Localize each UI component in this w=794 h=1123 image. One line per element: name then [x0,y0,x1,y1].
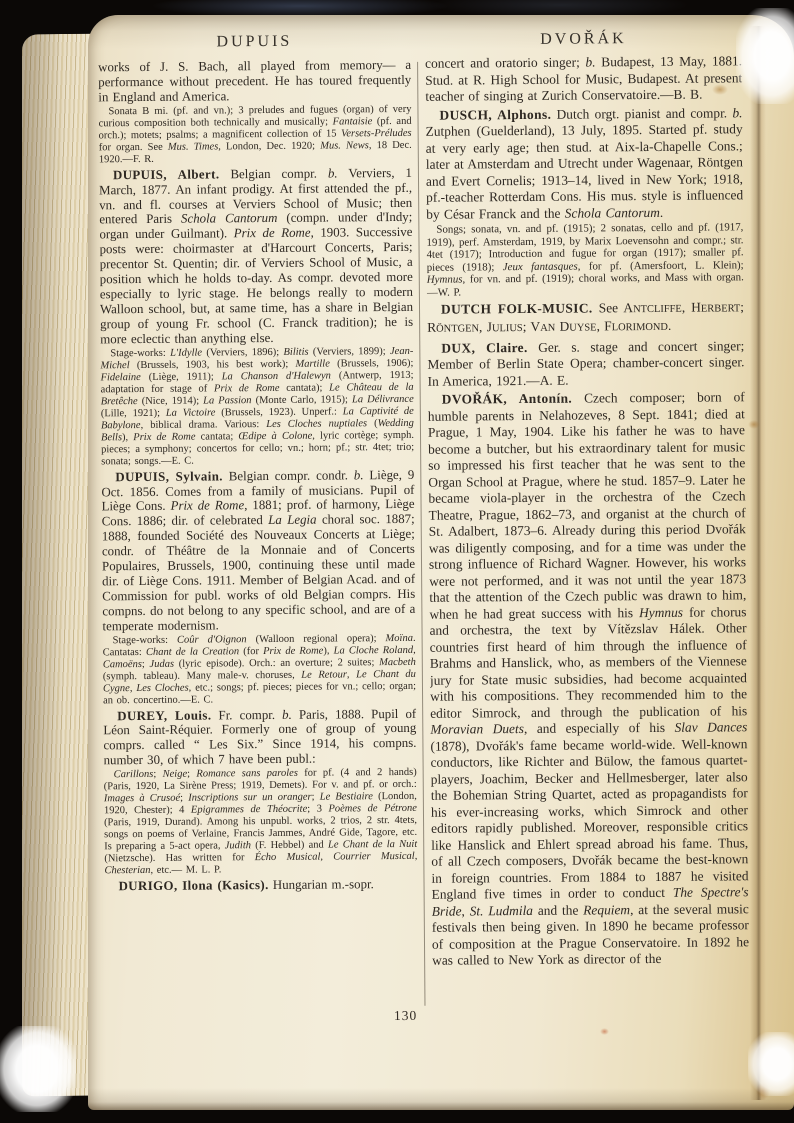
running-head-left: DUPUIS [98,32,411,52]
photo-of-book-page: DUPUIS DVOŘÁK works of J. S. Bach, all p… [0,0,794,1123]
right-column: concert and oratorio singer; b. Budapest… [425,53,749,1005]
printed-content: DUPUIS DVOŘÁK works of J. S. Bach, all p… [0,0,794,1123]
glare-highlight [736,8,794,104]
text-block: DUSCH, Alphons. Dutch orgt. pianist and … [425,105,743,223]
text-block: works of J. S. Bach, all played from mem… [98,58,411,105]
text-block: Songs; sonata, vn. and pf. (1915); 2 son… [426,221,744,299]
left-column: works of J. S. Bach, all played from mem… [98,58,418,1012]
text-block: DUX, Claire. Ger. s. stage and concert s… [427,338,744,390]
text-block: DUTCH FOLK-MUSIC. See ANTCLIFFE, HERBERT… [427,299,744,338]
page-number: 130 [356,1008,456,1025]
text-block: DUPUIS, Albert. Belgian compr. b. Vervie… [99,166,413,347]
text-block: DUPUIS, Sylvain. Belgian compr. condr. b… [101,467,415,633]
glare-highlight [0,1026,76,1112]
text-block: Sonata B mi. (pf. and vn.); 3 preludes a… [98,104,411,166]
text-block: DURIGO, Ilona (Kasics). Hungarian m.-sop… [104,877,417,894]
text-block: DUREY, Louis. Fr. compr. b. Paris, 1888.… [103,706,416,768]
text-block: Stage-works: Coûr d'Oignon (Walloon regi… [103,632,417,706]
running-head-right: DVOŘÁK [425,29,742,49]
text-block: DVOŘÁK, Antonín. Czech composer; born of… [428,389,750,969]
column-divider-rule [417,62,425,1006]
text-block: Carillons; Neige; Romance sans paroles f… [104,767,418,877]
glare-highlight [748,1032,794,1096]
text-block: concert and oratorio singer; b. Budapest… [425,53,742,105]
text-block: Stage-works: L'Idylle (Verviers, 1896); … [100,345,414,467]
